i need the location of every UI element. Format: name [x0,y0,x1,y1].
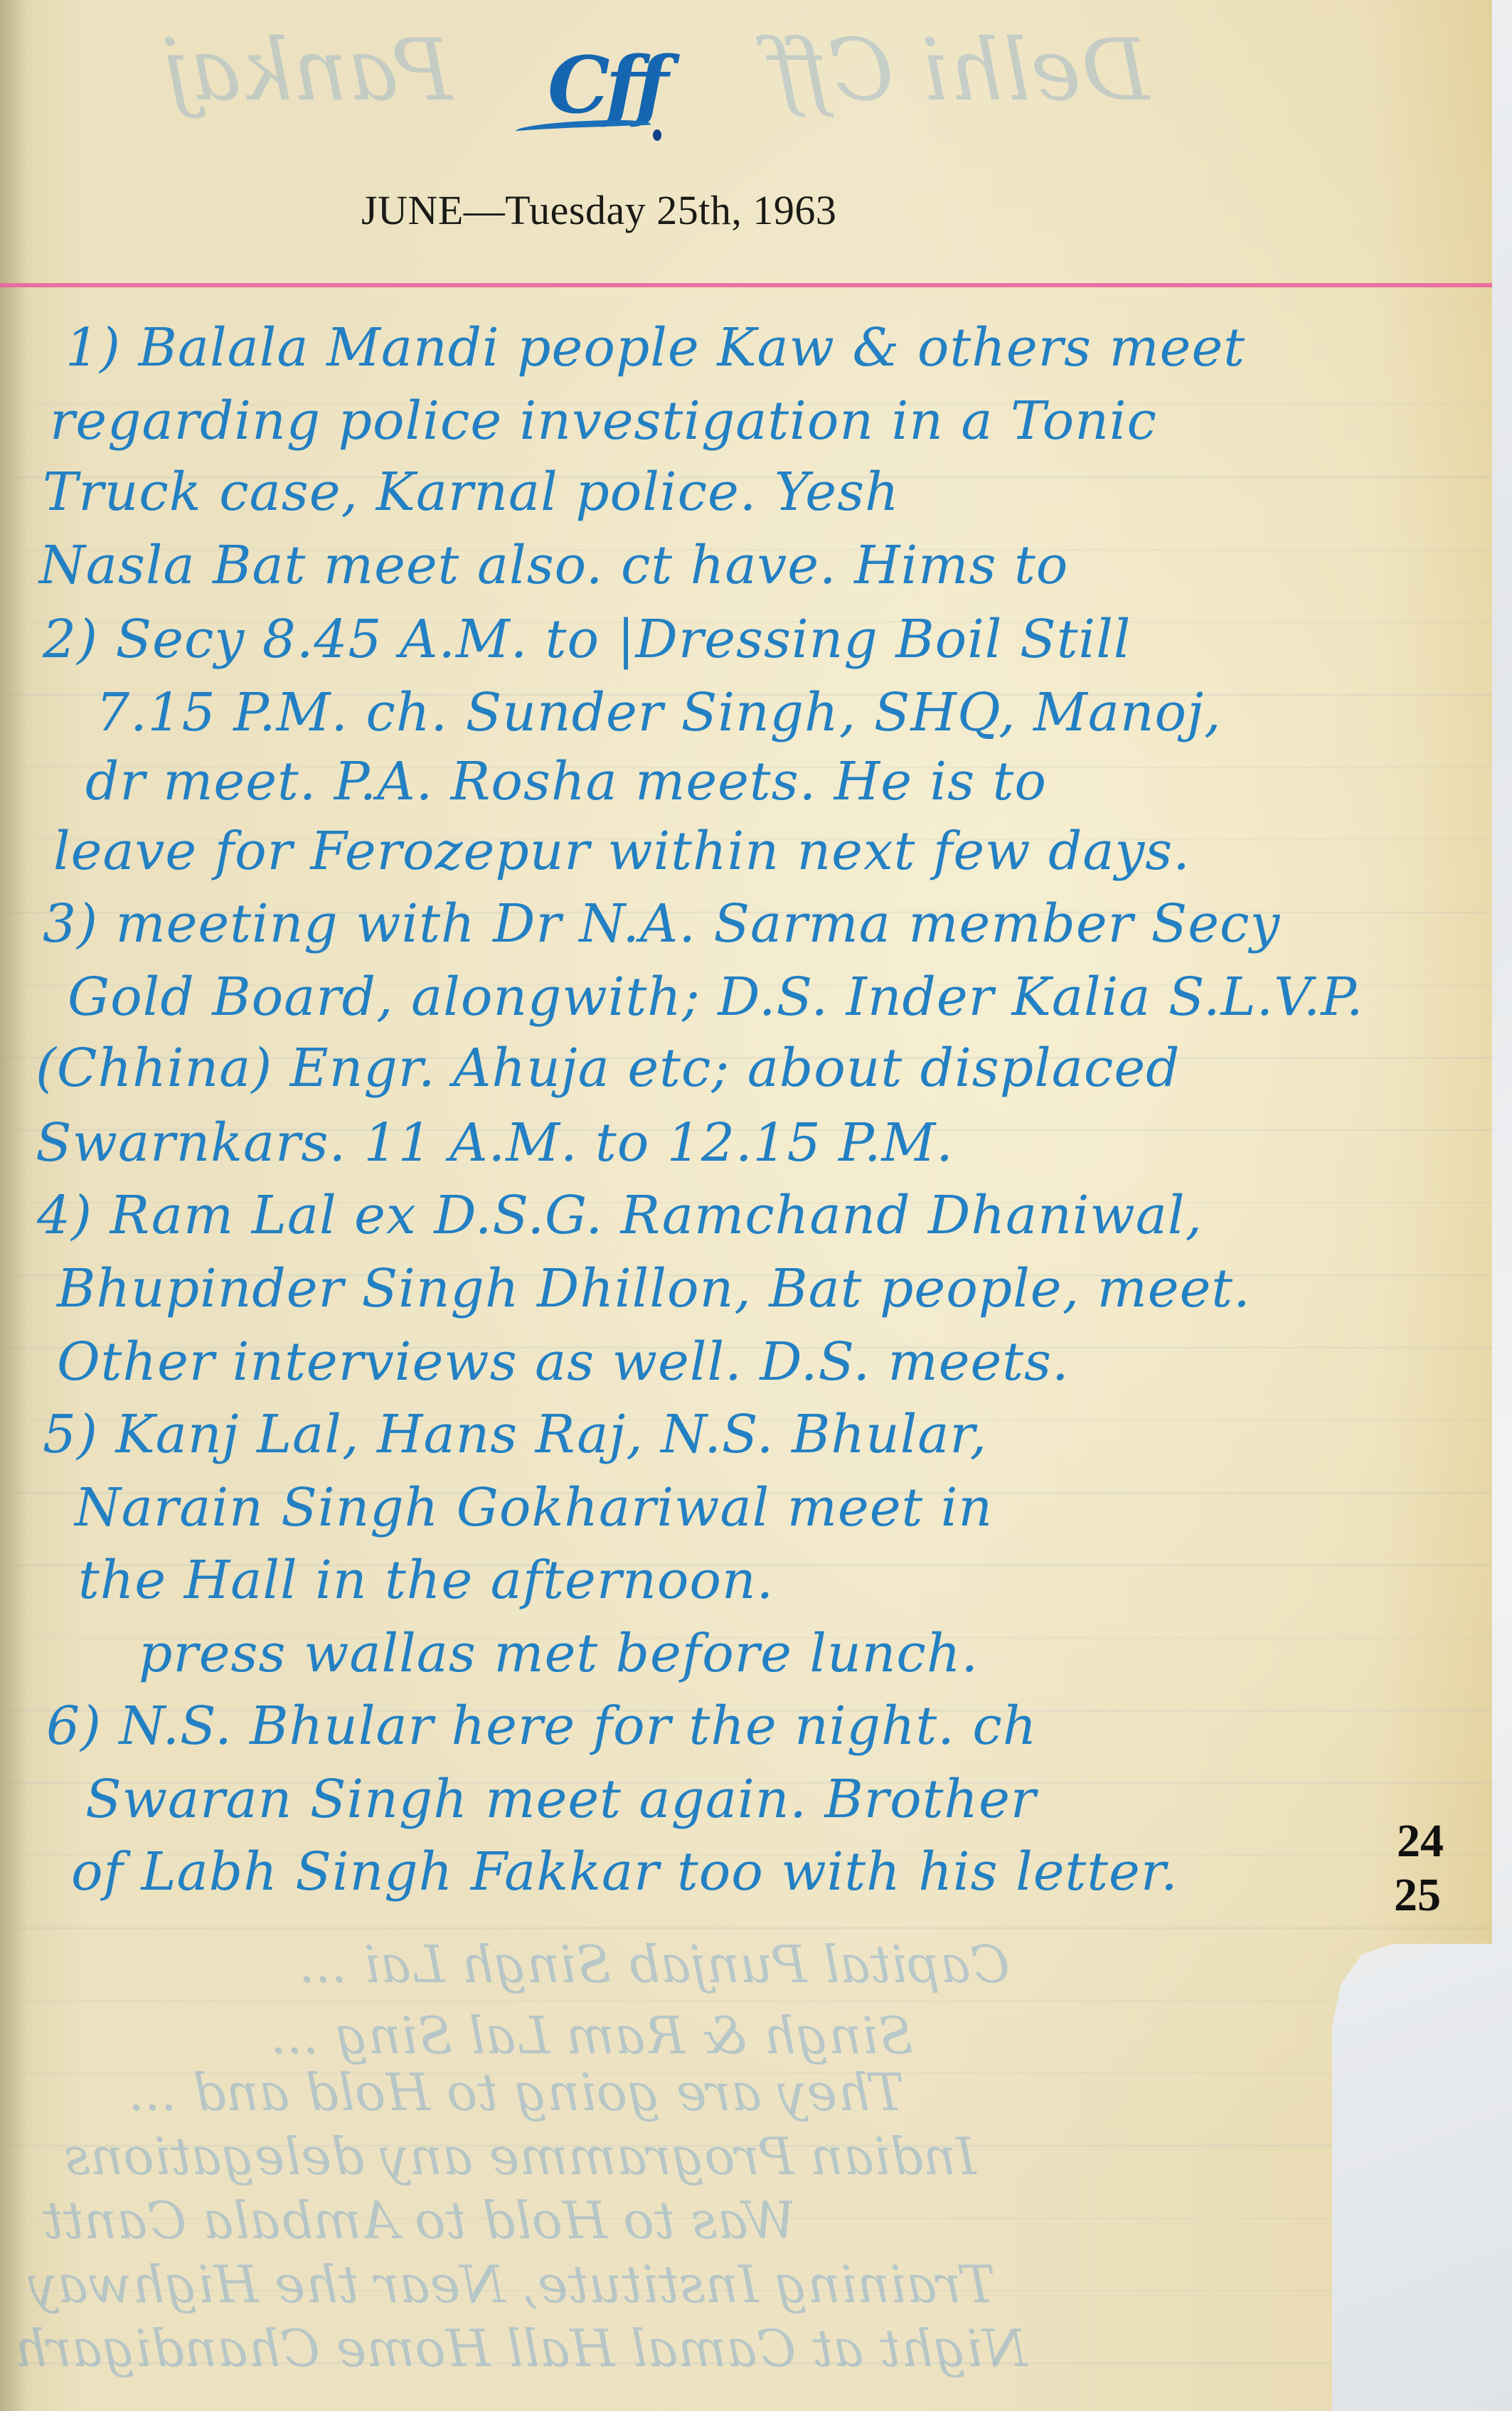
entry-line: 6) N.S. Bhular here for the night. ch [46,1700,1037,1752]
binding-shadow [0,0,28,2411]
bleed-line: They are going to Hold and ... [128,2063,904,2122]
bleed-through-heading: Delhi Cff [768,21,1149,120]
entry-line: Nasla Bat meet also. ct have. Hims to [39,539,1068,592]
entry-line: 4) Ram Lal ex D.S.G. Ramchand Dhaniwal, [37,1189,1203,1242]
bleed-line: Singh & Ram Lal Sing ... [270,2006,913,2065]
entry-line: 5) Kanj Lal, Hans Raj, N.S. Bhular, [43,1408,987,1461]
entry-line: the Hall in the afternoon. [78,1554,774,1607]
entry-line: 1) Balala Mandi people Kaw & others meet [65,321,1245,374]
entry-line: Gold Board, alongwith; D.S. Inder Kalia … [68,971,1364,1023]
entry-line: leave for Ferozepur within next few days… [53,825,1191,878]
entry-line: 7.15 P.M. ch. Sunder Singh, SHQ, Manoj, [96,686,1222,739]
bleed-line: Training Institute, Near the Highway [28,2255,996,2314]
header-rule-line [0,283,1492,287]
initials-dot [653,129,661,141]
page-date-heading: JUNE—Tuesday 25th, 1963 [361,186,836,234]
entry-line: press wallas met before lunch. [139,1627,979,1680]
corner-initials-mark: Cff [548,39,664,131]
bleed-line: Indian Programme any delegations [64,2127,976,2186]
entry-line: Truck case, Karnal police. Yesh [43,466,900,518]
entry-line: of Labh Singh Fakkar too with his letter… [71,1846,1178,1898]
entry-line: 2) Secy 8.45 A.M. to |Dressing Boil Stil… [43,613,1131,666]
entry-line: Other interviews as well. D.S. meets. [57,1336,1070,1388]
bleed-line: Capital Punjab Singh Lai ... [299,1934,1010,1994]
bleed-through-heading: Pankaj [164,21,452,120]
entry-line: 3) meeting with Dr N.A. Sarma member Sec… [43,898,1280,950]
entry-line: Swaran Singh meet again. Brother [85,1773,1036,1826]
entry-line: Bhupinder Singh Dhillon, Bat people, mee… [57,1262,1251,1315]
entry-line: dr meet. P.A. Rosha meets. He is to [85,755,1047,808]
entry-line: Narain Singh Gokhariwal meet in [75,1481,993,1534]
entry-line: (Chhina) Engr. Ahuja etc; about displace… [36,1042,1181,1095]
entry-line: regarding police investigation in a Toni… [50,395,1157,447]
tab-date-24: 24 [1397,1818,1444,1865]
bleed-line: Was to Hold to Ambala Cantt [43,2191,796,2250]
entry-line: Swarnkars. 11 A.M. to 12.15 P.M. [36,1117,954,1169]
bleed-line: Night at Camal Hall Home Chandigarh [14,2319,1027,2378]
tab-date-25: 25 [1394,1872,1441,1919]
